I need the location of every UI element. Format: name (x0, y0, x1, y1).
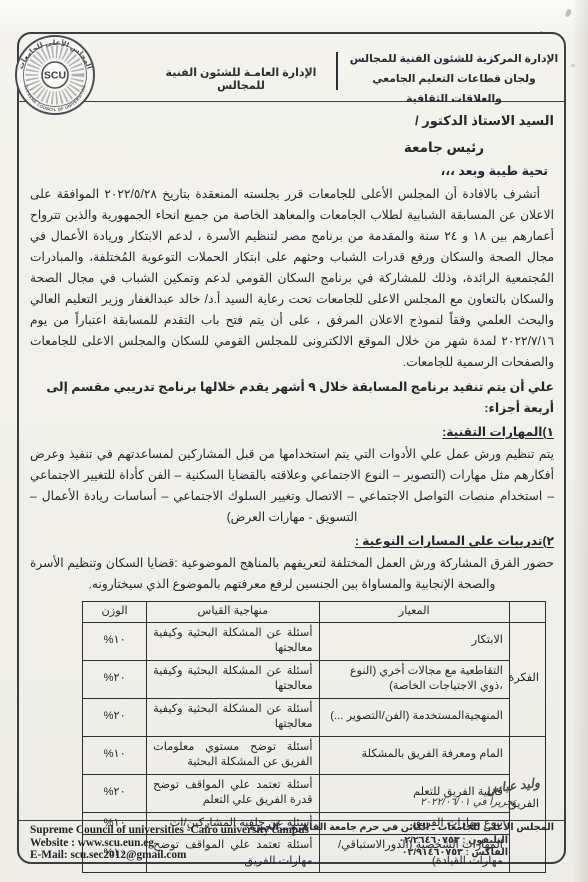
scan-speck (571, 64, 575, 67)
table-header-methodology: منهاجية القياس (147, 602, 319, 623)
signature-date-line: تحريراً في ٢٠٢٢/٠٦/٠١ (420, 796, 555, 808)
table-row: الفريق المام ومعرفة الفريق بالمشكلة أسئل… (83, 736, 546, 774)
criterion-cell: المام ومعرفة الفريق بالمشكلة (319, 736, 509, 774)
footer-arabic-block: المجلس الأعلى للجامعات ـ الكائن في حرم ج… (250, 822, 554, 860)
footer-org-address-ar: المجلس الأعلى للجامعات ـ الكائن في حرم ج… (250, 822, 554, 835)
weight-cell: %٢٠ (83, 660, 147, 698)
criterion-cell: المنهجيةالمستخدمة (الفن/التصوير ...) (319, 698, 509, 736)
section-1-title-text: ١)المهارات التقنية: (442, 425, 554, 439)
methodology-cell: أسئلة تعتمد علي المواقف توضح قدرة الفريق… (147, 774, 319, 812)
letterhead-central-administration: الإدارة المركزية للشئون الفنية للمجالس و… (348, 49, 560, 109)
letterhead-line-1: الإدارة المركزية للشئون الفنية للمجالس (348, 49, 560, 69)
table-header-group (509, 602, 545, 623)
section-2-body: حضور الفرق المشاركة ورش العمل المختلفة ل… (30, 553, 554, 595)
scan-speck (564, 8, 572, 17)
table-row: الفكرة الابتكار أسئلة عن المشكلة البحثية… (83, 622, 546, 660)
section-1-title: ١)المهارات التقنية: (30, 422, 554, 443)
greeting-line: تحية طيبة وبعد ،،، (30, 161, 548, 182)
main-paragraph: أتشرف بالافادة أن المجلس الأعلى للجامعات… (30, 184, 554, 373)
weight-cell: %٢٠ (83, 698, 147, 736)
table-row: التقاطعية مع مجالات أخري (النوع ،ذوي الا… (83, 660, 546, 698)
table-header-weight: الوزن (83, 602, 147, 623)
criterion-cell: التقاطعية مع مجالات أخري (النوع ،ذوي الا… (319, 660, 509, 698)
scu-seal-logo: المجلس الأعلى للجامعات SUPREME COUNCIL O… (13, 33, 97, 117)
table-header-criterion: المعيار (319, 602, 509, 623)
salutation-line: السيد الاستاذ الدكتور / (30, 110, 554, 131)
section-2-title-text: ٢)تدريبات على المسارات النوعية : (355, 534, 554, 548)
addressee-title: رئيس جامعة (30, 137, 484, 158)
methodology-cell: أسئلة توضح مستوي معلومات الفريق عن المشك… (147, 736, 319, 774)
letterhead-general-administration: الإدارة العامـة للشئون الفنية للمجالس (148, 66, 334, 92)
group-label-idea: الفكرة (509, 622, 545, 736)
letterhead-line-2: ولجان قطاعات التعليم الجامعي والعلاقات ا… (348, 69, 560, 109)
methodology-cell: أسئلة عن المشكلة البحثية وكيفية معالجتها (147, 622, 319, 660)
methodology-cell: أسئلة عن المشكلة البحثية وكيفية معالجتها (147, 660, 319, 698)
section-2-title: ٢)تدريبات على المسارات النوعية : (30, 531, 554, 552)
table-row: المنهجيةالمستخدمة (الفن/التصوير ...) أسئ… (83, 698, 546, 736)
weight-cell: %٢٠ (83, 774, 147, 812)
methodology-cell: أسئلة عن المشكلة البحثية وكيفية معالجتها (147, 698, 319, 736)
scanned-letter-page: المجلس الأعلى للجامعات SUPREME COUNCIL O… (0, 0, 588, 882)
letter-body: السيد الاستاذ الدكتور / رئيس جامعة تحية … (30, 106, 554, 873)
program-duration-line: علي أن يتم تنفيد برنامج المسابقة خلال ٩ … (30, 377, 554, 419)
weight-cell: %١٠ (83, 622, 147, 660)
footer-fax: الفاكس : ٠٢/٩١٤٦٠٧٥٣ (250, 847, 508, 860)
section-1-body: يتم تنظيم ورش عمل علي الأدوات التي يتم ا… (30, 444, 554, 528)
table-header-row: المعيار منهاجية القياس الوزن (83, 602, 546, 623)
logo-scu-monogram: SCU (44, 70, 66, 82)
weight-cell: %١٠ (83, 736, 147, 774)
footer-phone: التليفون : ٠٢/٢٦٤٦٠٧٥٣ (250, 835, 508, 848)
criterion-cell: الابتكار (319, 622, 509, 660)
letterhead-vertical-divider (336, 52, 338, 90)
